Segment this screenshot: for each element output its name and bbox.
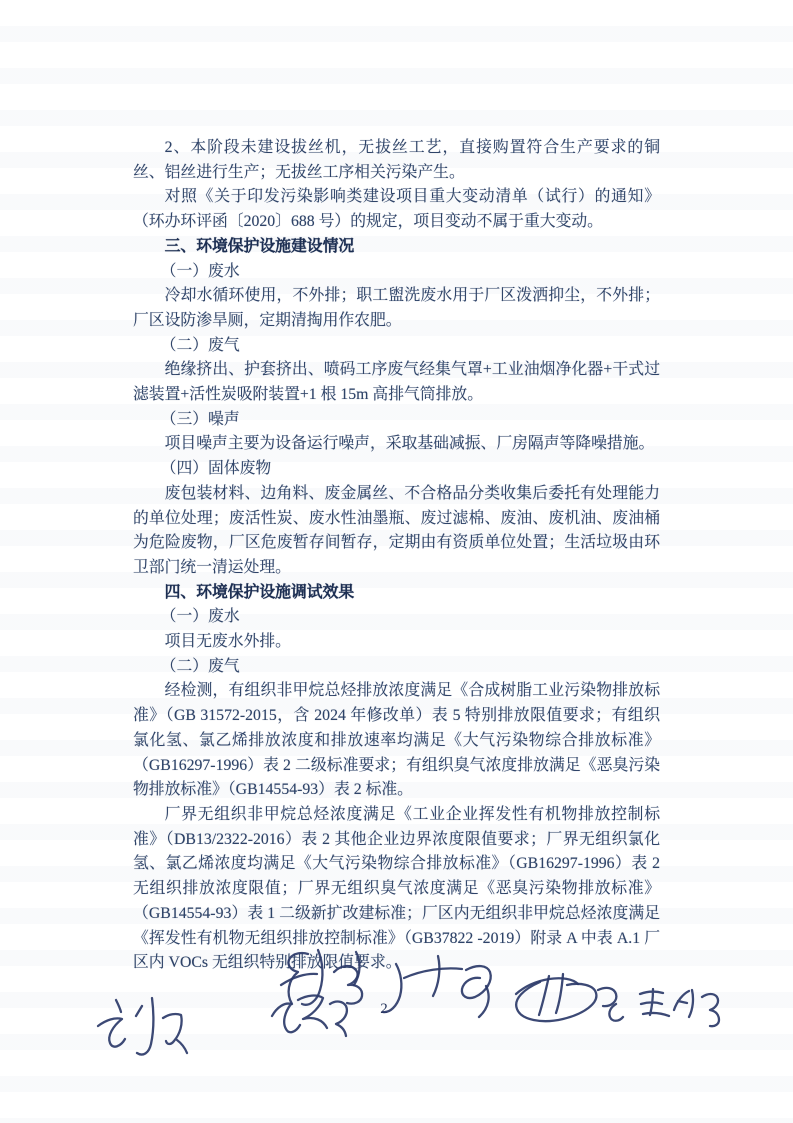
signature-flourish-illegible [516,974,623,1021]
signature-liu-bei [98,998,187,1055]
paragraph-solid-waste-disposal: 废包装材料、边角料、废金属丝、不合格品分类收集后委托有处理能力的单位处理；废活性… [133,482,660,581]
subheading-noise: （三）噪声 [133,408,660,433]
subheading-wastewater-1: （一）废水 [133,260,660,285]
paragraph-fugitive-emission-results: 厂界无组织非甲烷总烃浓度满足《工业企业挥发性有机物排放控制标准》（DB13/23… [133,803,660,976]
subheading-waste-gas-1: （二）废气 [133,334,660,359]
paragraph-wire-drawing-change: 2、本阶段未建设拔丝机，无拔丝工艺，直接购置符合生产要求的铜丝、铝丝进行生产；无… [133,136,660,185]
section-heading-4-debug-effect: 四、环境保护设施调试效果 [133,581,660,606]
subheading-solid-waste: （四）固体废物 [133,457,660,482]
paragraph-no-wastewater: 项目无废水外排。 [133,630,660,655]
paragraph-waste-gas-treatment: 绝缘挤出、护套挤出、喷码工序废气经集气罩+工业油烟净化器+干式过滤装置+活性炭吸… [133,358,660,407]
paragraph-wastewater-measures: 冷却水循环使用，不外排；职工盥洗废水用于厂区泼洒抑尘，不外排；厂区设防渗旱厕，定… [133,284,660,333]
page-number: 2 [374,1001,394,1018]
document-body: 2、本阶段未建设拔丝机，无拔丝工艺，直接购置符合生产要求的铜丝、铝丝进行生产；无… [133,136,660,976]
subheading-wastewater-2: （一）废水 [133,605,660,630]
paragraph-organized-emission-results: 经检测，有组织非甲烷总烃排放浓度满足《合成树脂工业污染物排放标准》（GB 315… [133,679,660,803]
paragraph-noise-measures: 项目噪声主要为设备运行噪声，采取基础减振、厂房隔声等降噪措施。 [133,432,660,457]
signature-wang-lin-chao [640,989,719,1026]
paragraph-major-change-check: 对照《关于印发污染影响类建设项目重大变动清单（试行）的通知》（环办环评函〔202… [133,185,660,234]
section-heading-3-construction: 三、环境保护设施建设情况 [133,235,660,260]
subheading-waste-gas-2: （二）废气 [133,655,660,680]
signature-yang-yong-sen [272,996,347,1036]
